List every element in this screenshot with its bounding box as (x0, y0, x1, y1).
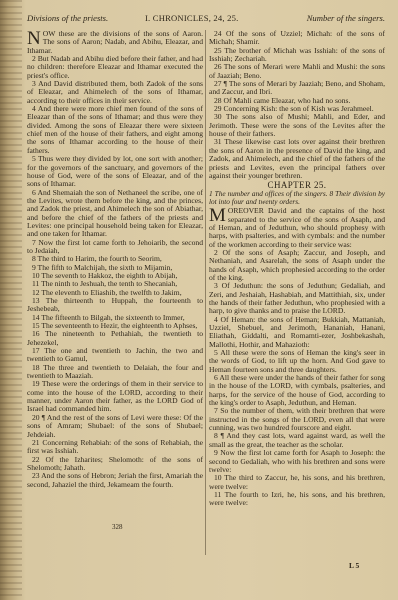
column-rule (205, 30, 206, 555)
verse: 19 These were the orderings of them in t… (27, 380, 203, 413)
verse: 6 All these were under the hands of thei… (209, 374, 385, 407)
printer-signature-mark: L 5 (349, 561, 359, 570)
verse: 3 And David distributed them, both Zadok… (27, 80, 203, 105)
verse: 5 All these were the sons of Heman the k… (209, 349, 385, 374)
verse: 25 The brother of Michah was Isshiah: of… (209, 47, 385, 64)
drop-cap: N (27, 31, 41, 46)
right-column: 24 Of the sons of Uzziel; Michah: of the… (209, 30, 385, 508)
verse: 3 Of Jeduthun: the sons of Jeduthun; Ged… (209, 282, 385, 315)
verse: 2 Of the sons of Asaph; Zaccur, and Jose… (209, 249, 385, 282)
verse: 24 Of the sons of Uzziel; Michah: of the… (209, 30, 385, 47)
verse: 16 The nineteenth to Pethahiah, the twen… (27, 330, 203, 347)
running-head-left: Divisions of the priests. (27, 13, 108, 23)
page-number: 328 (112, 523, 123, 531)
verse: 10 The third to Zaccur, he, his sons, an… (209, 474, 385, 491)
verse: 2 But Nadab and Abihu died before their … (27, 55, 203, 80)
verse: 20 ¶ And the rest of the sons of Levi we… (27, 414, 203, 439)
verse: 7 So the number of them, with their bret… (209, 407, 385, 432)
book-page: Divisions of the priests. I. CHRONICLES,… (0, 0, 398, 600)
verse: 4 And there were more chief men found of… (27, 105, 203, 155)
verse: 30 The sons also of Mushi; Mahli, and Ed… (209, 113, 385, 138)
drop-cap: M (209, 208, 226, 223)
left-column: NOW these are the divisions of the sons … (27, 30, 203, 489)
verse: 27 ¶ The sons of Merari by Jaaziah; Beno… (209, 80, 385, 97)
verse: 31 These likewise cast lots over against… (209, 138, 385, 180)
running-head-right: Number of the singers. (307, 13, 385, 23)
verse: 11 The fourth to Izri, he, his sons, and… (209, 491, 385, 508)
verse: 17 The one and twentieth to Jachin, the … (27, 347, 203, 364)
running-head-book-chapter: I. CHRONICLES, 24, 25. (145, 13, 238, 23)
verse: 5 Thus were they divided by lot, one sor… (27, 155, 203, 188)
verse: 8 ¶ And they cast lots, ward against war… (209, 432, 385, 449)
verse-1: NOW these are the divisions of the sons … (27, 30, 203, 55)
running-head: Divisions of the priests. I. CHRONICLES,… (27, 13, 385, 27)
chapter-summary: 1 The number and offices of the singers.… (209, 190, 385, 206)
verse-1: MOREOVER David and the captains of the h… (209, 207, 385, 249)
verse: 13 The thirteenth to Huppah, the fourtee… (27, 297, 203, 314)
verse: 9 Now the first lot came forth for Asaph… (209, 449, 385, 474)
verse: 26 The sons of Merari were Mahli and Mus… (209, 63, 385, 80)
verse: 22 Of the Izharites; Shelomoth: of the s… (27, 456, 203, 473)
facing-page-edge (0, 0, 22, 600)
verse: 4 Of Heman: the sons of Heman; Bukkiah, … (209, 316, 385, 349)
verse: 21 Concerning Rehabiah: of the sons of R… (27, 439, 203, 456)
verse: 6 And Shemaiah the son of Nethaneel the … (27, 189, 203, 239)
verse: 7 Now the first lot came forth to Jehoia… (27, 239, 203, 256)
verse: 18 The three and twentieth to Delaiah, t… (27, 364, 203, 381)
verse: 23 And the sons of Hebron; Jeriah the fi… (27, 472, 203, 489)
